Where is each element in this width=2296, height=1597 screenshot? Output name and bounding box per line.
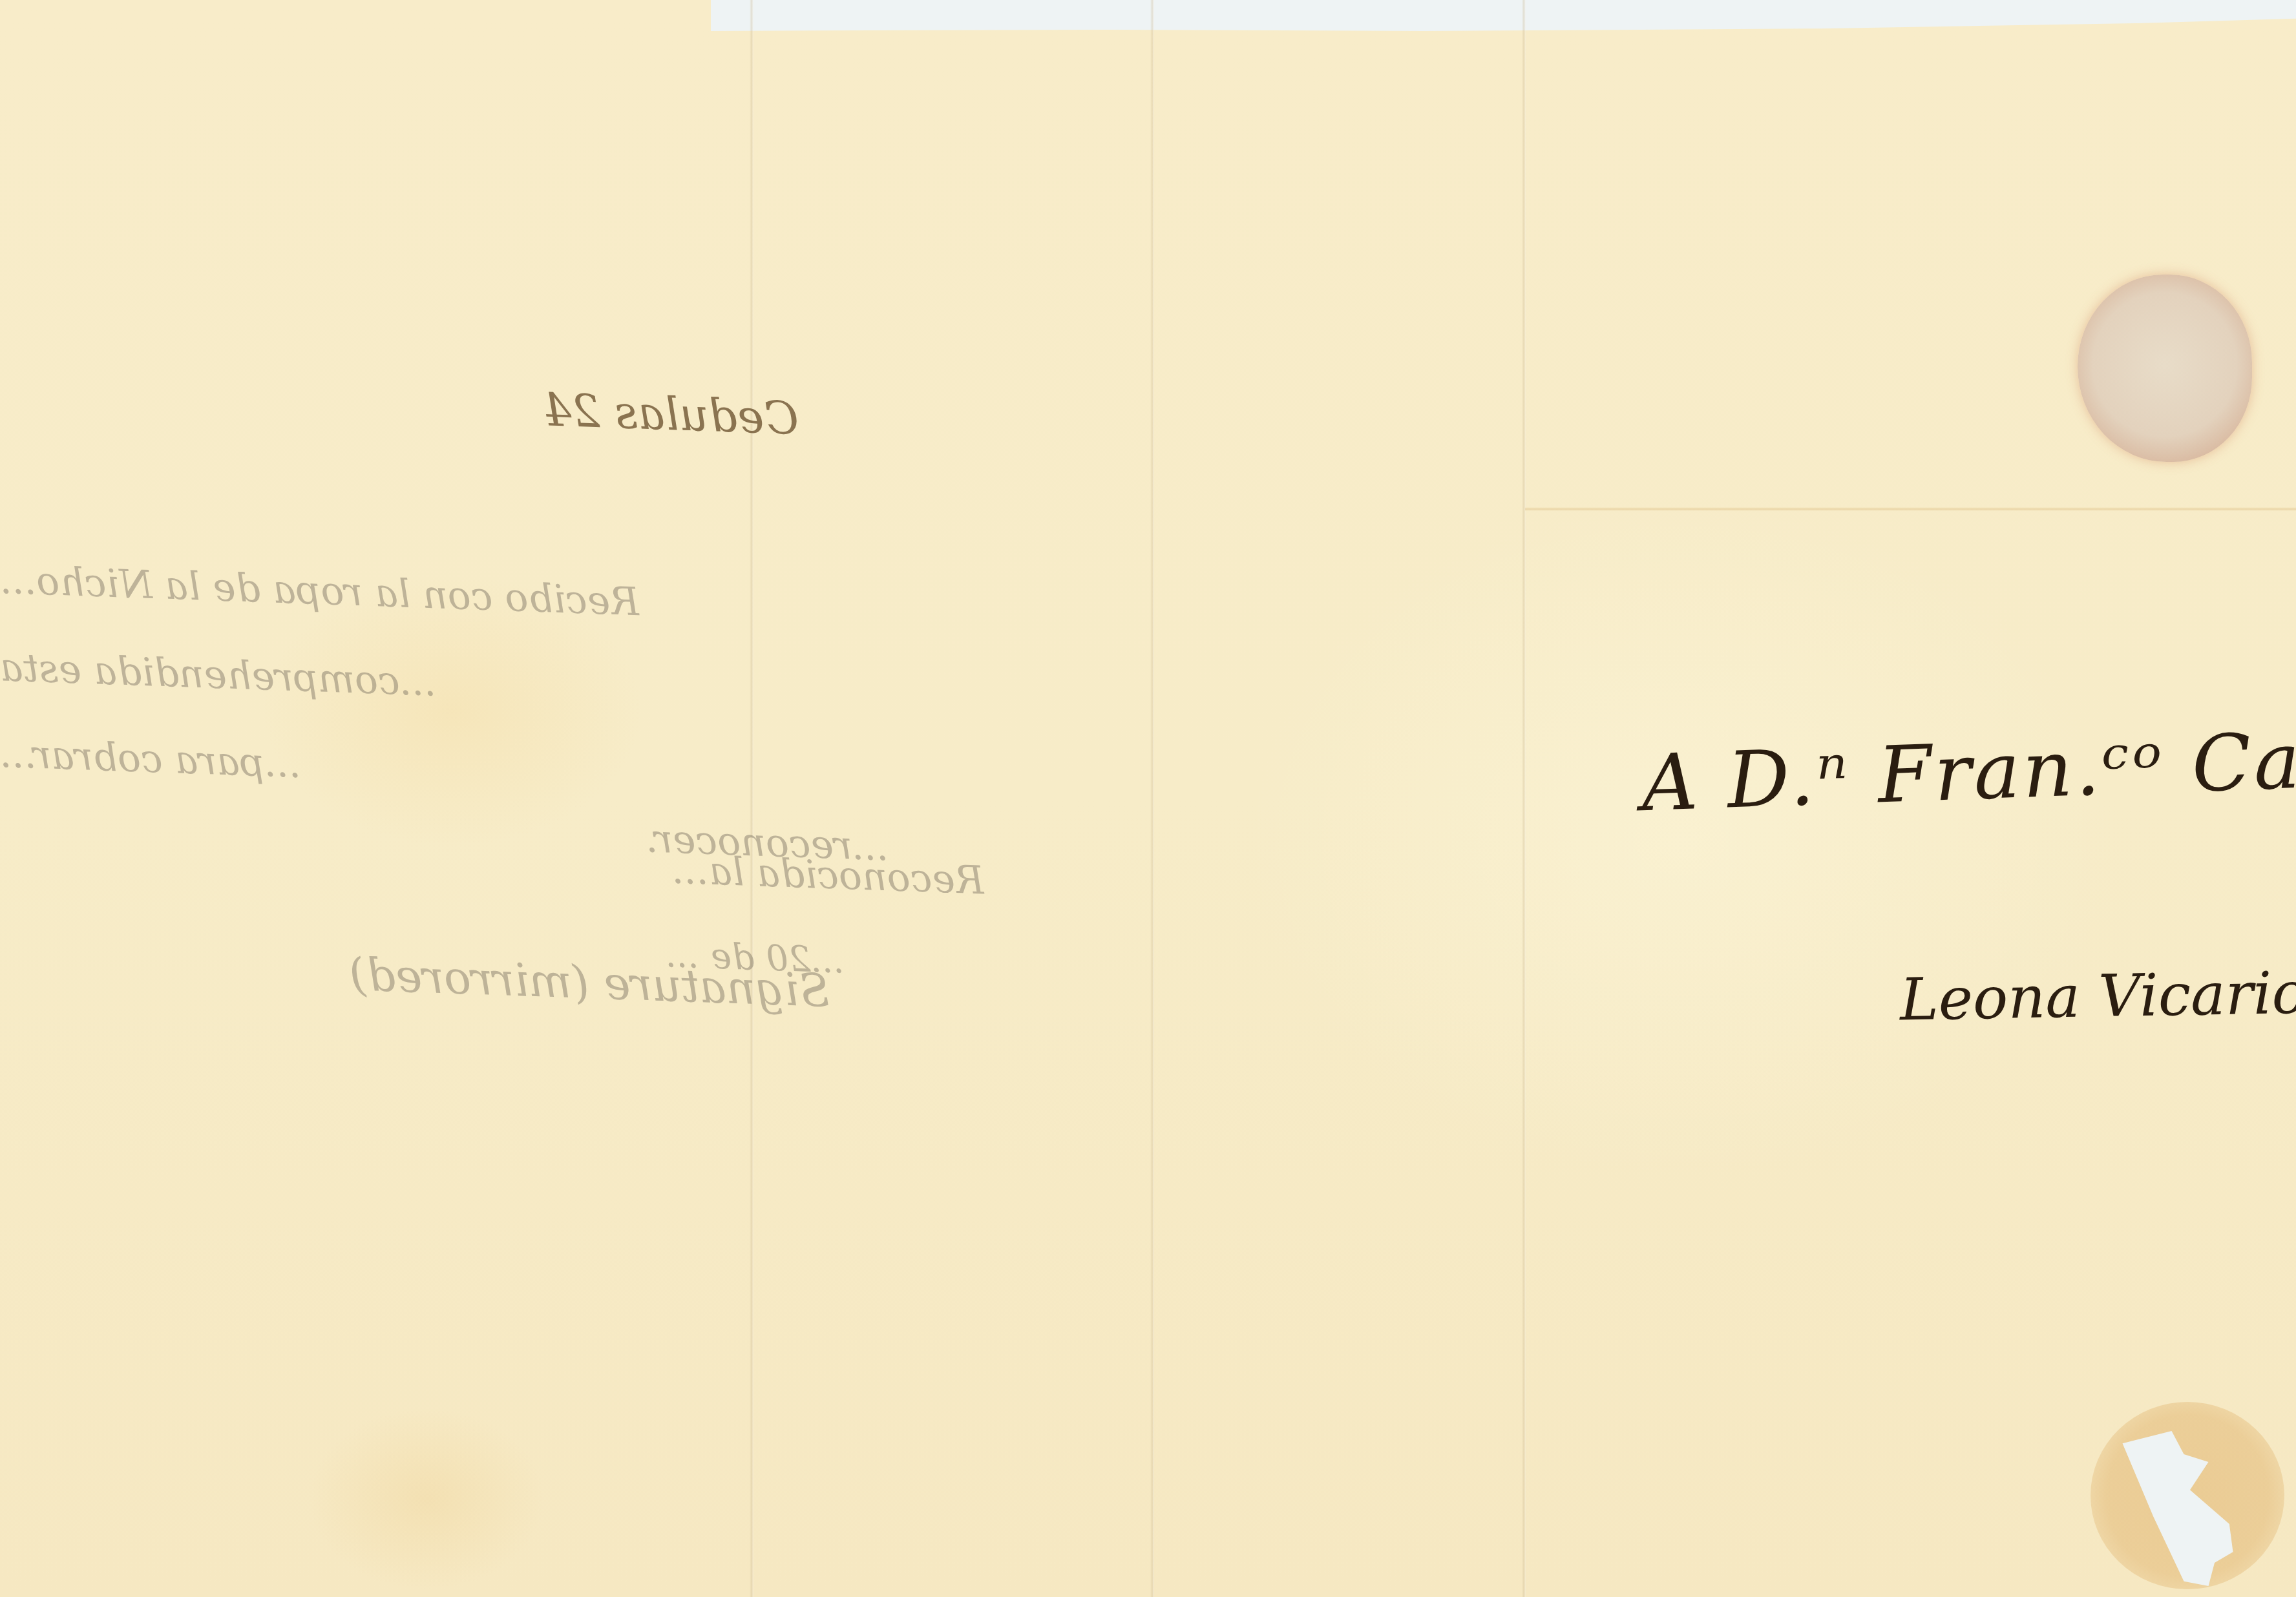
fold-line-horizontal xyxy=(1525,507,2296,511)
bleed-line: Reconocida la... xyxy=(671,848,985,904)
address-place: Leona Vicario xyxy=(1899,959,2296,1034)
bleed-line: Recibo con la ropa de la Nicho... xyxy=(0,558,640,625)
bleed-line: ...para cobrar... xyxy=(0,731,302,787)
fold-line-vertical xyxy=(750,0,753,1597)
wax-seal-stain-top xyxy=(2078,275,2252,462)
fold-line-vertical xyxy=(1522,0,1526,1597)
fold-line-vertical xyxy=(1150,0,1154,1597)
torn-top-edge xyxy=(711,0,2296,31)
address-recipient: A D.ⁿ Fran.ᶜᵒ Careaga xyxy=(1640,708,2296,829)
letter-page: Cedulas 24 Recibo con la ropa de la Nich… xyxy=(0,0,2296,1597)
bleed-line: ...comprehendida esta xyxy=(0,645,437,705)
bleed-heading: Cedulas 24 xyxy=(542,383,800,445)
